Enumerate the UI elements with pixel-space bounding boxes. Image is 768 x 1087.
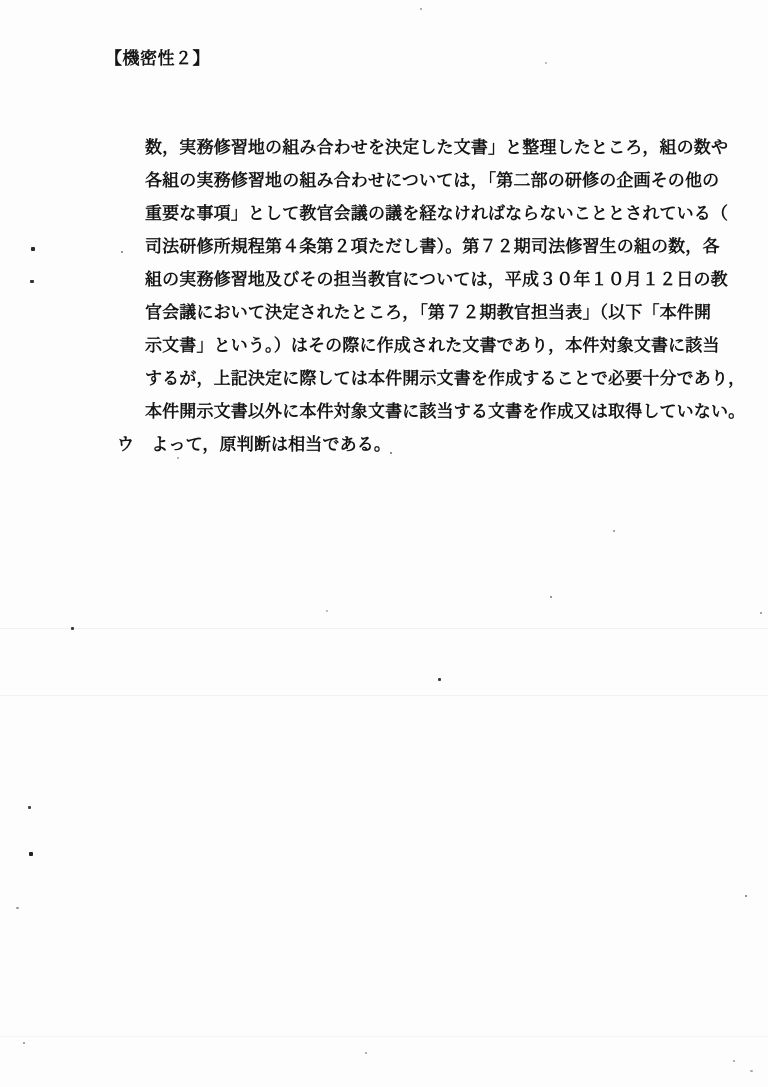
body-line: 司法研修所規程第４条第２項ただし書）。第７２期司法修習生の組の数，各	[117, 230, 747, 263]
scan-speck	[29, 852, 33, 856]
scan-speck	[390, 452, 392, 454]
body-line: 各組の実務修習地の組み合わせについては，「第二部の研修の企画その他の	[117, 164, 747, 197]
body-line: 数，実務修習地の組み合わせを決定した文書」と整理したところ，組の数や	[117, 131, 747, 164]
body-line: するが，上記決定に際しては本件開示文書を作成することで必要十分であり，	[117, 362, 747, 395]
scan-speck	[438, 678, 441, 681]
scan-speck	[177, 457, 179, 459]
body-line: 重要な事項」として教官会議の議を経なければならないこととされている（	[117, 197, 747, 230]
scan-speck	[23, 1042, 25, 1044]
scan-streak	[0, 628, 768, 629]
body-line: 組の実務修習地及びその担当教官については，平成３０年１０月１２日の教	[117, 263, 747, 296]
scan-speck	[745, 895, 747, 897]
body-line: 官会議において決定されたところ，「第７２期教官担当表」（以下「本件開	[117, 296, 747, 329]
scan-speck	[31, 247, 35, 251]
scan-speck	[16, 907, 19, 909]
scan-speck	[750, 1070, 753, 1072]
scan-speck	[760, 612, 762, 614]
scan-speck	[326, 610, 328, 612]
body-line: 示文書」という。）はその際に作成された文書であり，本件対象文書に該当	[117, 329, 747, 362]
scan-speck	[420, 8, 422, 10]
scan-streak	[0, 695, 768, 696]
document-page: 【機密性２】 数，実務修習地の組み合わせを決定した文書」と整理したところ，組の数…	[0, 0, 768, 1087]
scan-speck	[545, 62, 547, 64]
document-body: 数，実務修習地の組み合わせを決定した文書」と整理したところ，組の数や 各組の実務…	[117, 131, 747, 461]
scan-speck	[613, 530, 615, 532]
confidentiality-label: 【機密性２】	[105, 44, 210, 69]
scan-speck	[30, 280, 34, 283]
scan-speck	[733, 1060, 735, 1062]
scan-speck	[365, 1052, 367, 1054]
scan-streak	[0, 1036, 768, 1037]
scan-speck	[28, 806, 31, 809]
scan-speck	[71, 627, 74, 630]
scan-speck	[121, 251, 123, 253]
body-line: 本件開示文書以外に本件対象文書に該当する文書を作成又は取得していない。	[117, 395, 747, 428]
body-last-line: ウ よって，原判断は相当である。	[117, 428, 747, 461]
scan-speck	[550, 596, 552, 598]
